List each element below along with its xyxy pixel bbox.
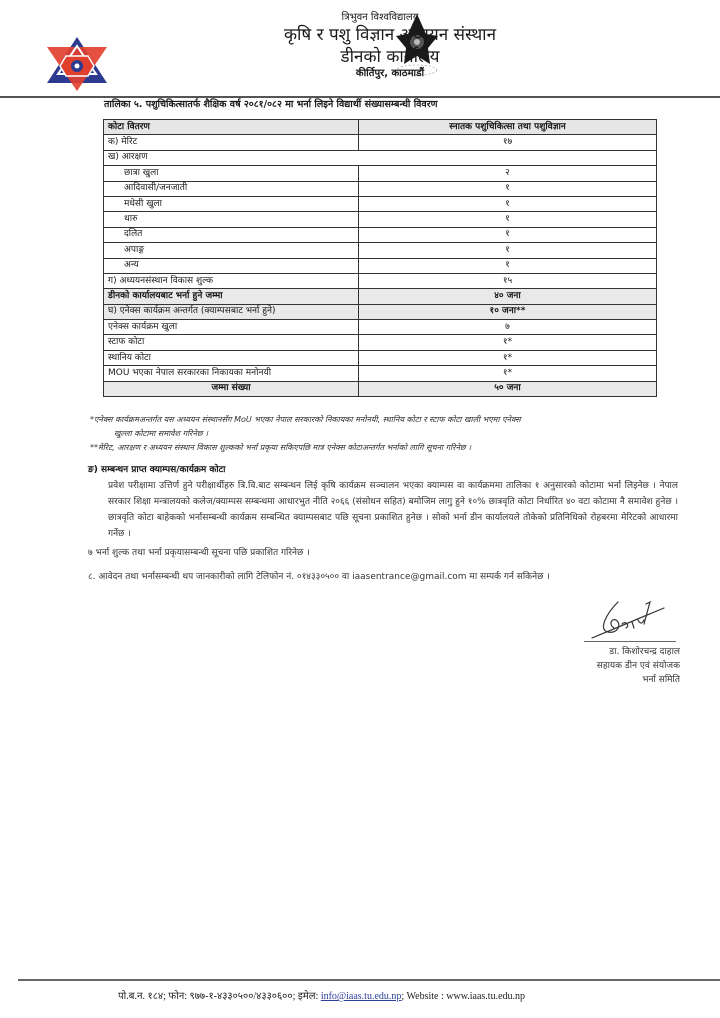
institute-name: कृषि र पशु विज्ञान अध्ययन संस्थान	[60, 24, 720, 46]
table-row: MOU भएका नेपाल सरकारका निकायका मनोनयी १*	[104, 366, 657, 381]
university-name: त्रिभुवन विश्वविद्यालय	[40, 12, 720, 24]
office-name: डीनको कार्यालय	[60, 46, 720, 68]
footer-website: ; Website : www.iaas.tu.edu.np	[401, 991, 525, 1002]
notice-item-8: ८. आवेदन तथा भर्नासम्बन्धी थप जानकारीको …	[88, 569, 550, 582]
office-location: कीर्तिपुर, काठमाडौं	[60, 68, 720, 80]
signatory-title: सहायक डीन एवं संयोजक	[560, 659, 680, 673]
signatory-block: डा. किशोरचन्द्र दाहाल सहायक डीन एवं संयो…	[560, 645, 680, 687]
table-total-row: जम्मा संख्या ५० जना	[104, 381, 657, 396]
signatory-name: डा. किशोरचन्द्र दाहाल	[560, 645, 680, 659]
column-header: स्नातक पशुचिकित्सा तथा पशुविज्ञान	[359, 120, 657, 135]
table-row: छात्रा खुला २	[104, 166, 657, 181]
table-caption: तालिका ५. पशुचिकित्सातर्फ शैक्षिक वर्ष २…	[104, 99, 437, 111]
signature-icon	[588, 594, 668, 640]
quota-table: कोटा वितरण स्नातक पशुचिकित्सा तथा पशुविज…	[103, 119, 657, 397]
table-row: ख) आरक्षण	[104, 150, 657, 165]
table-row: अपाङ्ग १	[104, 243, 657, 258]
table-row: घ) एनेक्स कार्यक्रम अन्तर्गत (क्याम्पसबा…	[104, 304, 657, 319]
letterhead: त्रिभुवन विश्वविद्यालय कृषि र पशु विज्ञा…	[0, 12, 720, 80]
column-header: कोटा वितरण	[104, 120, 359, 135]
footer: पो.ब.न. १८४; फोन: ९७७-१-४३३०५००/४३३०६००;…	[118, 988, 525, 1002]
table-row: एनेक्स कार्यक्रम खुला ७	[104, 320, 657, 335]
signatory-committee: भर्ना समिति	[560, 673, 680, 687]
table-row: थारु १	[104, 212, 657, 227]
table-row: दलित १	[104, 227, 657, 242]
footnote-single-star: *एनेक्स कार्यक्रमअन्तर्गत यस अध्ययन संस्…	[90, 413, 675, 427]
table-row: क) मेरिट १७	[104, 135, 657, 150]
table-row: स्टाफ कोटा १*	[104, 335, 657, 350]
header-divider	[0, 96, 720, 98]
table-row: स्थानिय कोटा १*	[104, 350, 657, 365]
footnote-single-star-continued: खुल्ला कोटामा समावेश गरिनेछ ।	[90, 427, 675, 441]
table-row: मधेसी खुला १	[104, 196, 657, 211]
table-subtotal-row: डीनको कार्यालयबाट भर्ना हुने जम्मा ४० जन…	[104, 289, 657, 304]
affiliated-campus-section: ङ) सम्बन्धन प्राप्त क्याम्पस/कार्यक्रम क…	[88, 462, 678, 542]
section-body: प्रवेश परीक्षामा उत्तिर्ण हुने परीक्षार्…	[88, 478, 678, 542]
table-row: अन्य १	[104, 258, 657, 273]
signature-line	[584, 641, 676, 642]
table-row: ग) अध्ययनसंस्थान विकास शुल्क १५	[104, 273, 657, 288]
footer-email-link[interactable]: info@iaas.tu.edu.np	[321, 991, 402, 1002]
notice-item-7: ७ भर्ना शुल्क तथा भर्ना प्रकृयासम्बन्धी …	[88, 545, 310, 558]
table-row: आदिवासी/जनजाती १	[104, 181, 657, 196]
footnotes: *एनेक्स कार्यक्रमअन्तर्गत यस अध्ययन संस्…	[90, 413, 675, 455]
footer-divider	[18, 979, 720, 981]
footer-address: पो.ब.न. १८४; फोन: ९७७-१-४३३०५००/४३३०६००;…	[118, 991, 318, 1002]
section-title: ङ) सम्बन्धन प्राप्त क्याम्पस/कार्यक्रम क…	[88, 462, 678, 478]
footnote-double-star: **मेरिट, आरक्षण र अध्ययन संस्थान विकास श…	[90, 441, 675, 455]
table-header-row: कोटा वितरण स्नातक पशुचिकित्सा तथा पशुविज…	[104, 120, 657, 135]
